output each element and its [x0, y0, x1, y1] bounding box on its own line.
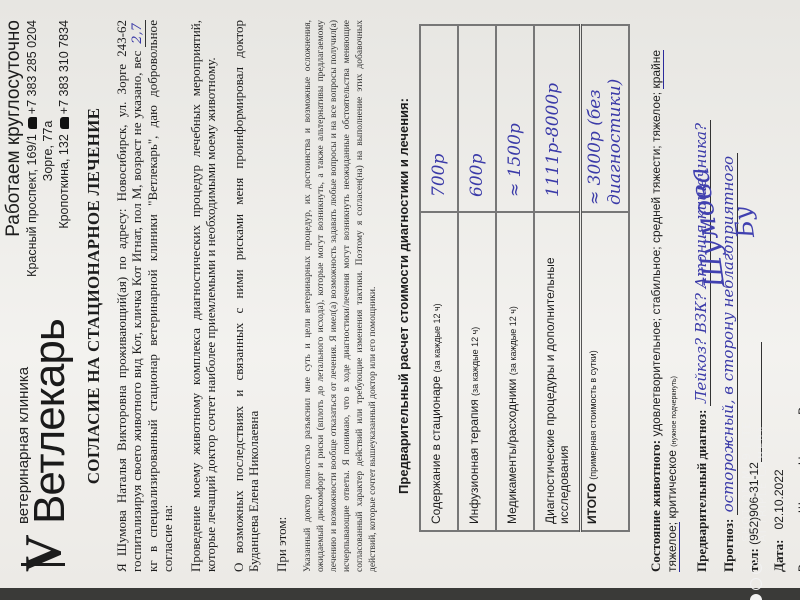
cost-row-label: Содержание в стационаре (за каждые 12 ч)	[420, 212, 458, 531]
condition-option: средней тяжести;	[649, 145, 663, 243]
working-hours: Работаем круглосуточно	[4, 20, 24, 277]
total-value: ≈ 3000р (без диагностики)	[581, 25, 630, 212]
cost-row: Диагностические процедуры и дополнительн…	[534, 25, 581, 531]
cost-table: Содержание в стационаре (за каждые 12 ч)…	[419, 24, 630, 532]
condition-option: тяжелое;	[649, 92, 663, 142]
cost-row: Содержание в стационаре (за каждые 12 ч)…	[420, 25, 458, 531]
caduceus-v-icon: V	[19, 528, 69, 572]
animal-condition: Состояние животного: удовлетворительное;…	[648, 20, 683, 572]
condition-option: удовлетворительное;	[649, 318, 663, 437]
cost-row-value: 700р	[420, 25, 458, 212]
address-row: Зорге, 77а	[40, 20, 56, 277]
cost-row: Медикаменты/расходники (за каждые 12 ч)≈…	[496, 25, 534, 531]
camera-watermark: SHOT ON MI 9 LITE AI TRIPLE CAMERA	[740, 392, 780, 592]
cost-heading: Предварительный расчет стоимости диагнос…	[396, 20, 411, 572]
cost-row-value: ≈ 1500р	[496, 25, 534, 212]
clinic-logo: V ветеринарная клиника Ветлекарь	[16, 319, 69, 572]
total-row: ИТОГО (примерная стоимость в сутки) ≈ 30…	[581, 25, 630, 531]
fine-print: Указанный доктор полностью разъяснил мне…	[302, 20, 380, 572]
consent-document: V ветеринарная клиника Ветлекарь Работае…	[0, 0, 800, 588]
doctor-signature: Бу	[728, 205, 760, 240]
cost-row-value: 1111р-8000р	[534, 25, 581, 212]
phone-icon	[28, 117, 37, 129]
procedures-paragraph: Проведение моему животному комплекса диа…	[188, 20, 218, 572]
cost-row-label: Медикаменты/расходники (за каждые 12 ч)	[496, 212, 534, 531]
document-title: СОГЛАСИЕ НА СТАЦИОНАРНОЕ ЛЕЧЕНИЕ	[84, 20, 104, 572]
address-row: Кропоткина, 132+7 383 310 7834	[56, 20, 72, 277]
weight-handwritten: 2,7	[130, 20, 146, 47]
owner-signature-line: Владелец Шумова Наталья Викторовна:	[796, 20, 800, 572]
address-row: Красный проспект, 169/1+7 383 285 0204	[24, 20, 40, 277]
cost-row-label: Диагностические процедуры и дополнительн…	[534, 212, 581, 531]
condition-option: критическое	[665, 450, 679, 518]
prognosis-line: Прогноз: осторожный, в сторону неблагопр…	[719, 20, 737, 572]
clinic-brand: Ветлекарь	[31, 319, 69, 524]
watermark-dots-icon	[750, 562, 762, 600]
at-this-heading: При этом:	[274, 20, 290, 572]
risks-paragraph: О возможных последствиях и связанных с н…	[231, 20, 261, 572]
cost-row-label: Инфузионная терапия (за каждые 12 ч)	[458, 212, 496, 531]
phone-icon	[60, 117, 69, 129]
cost-row-value: 600р	[458, 25, 496, 212]
document-header: V ветеринарная клиника Ветлекарь Работае…	[14, 20, 76, 572]
condition-option: стабильное;	[649, 246, 663, 314]
diagnosis-line: Предварительный диагноз: Лейкоз? ВЗК? Ат…	[692, 20, 710, 572]
clinic-contacts: Работаем круглосуточно Красный проспект,…	[4, 20, 72, 277]
intro-paragraph: Я Шумова Наталья Викторовна проживающий(…	[114, 20, 175, 572]
cost-row: Инфузионная терапия (за каждые 12 ч)600р	[458, 25, 496, 531]
